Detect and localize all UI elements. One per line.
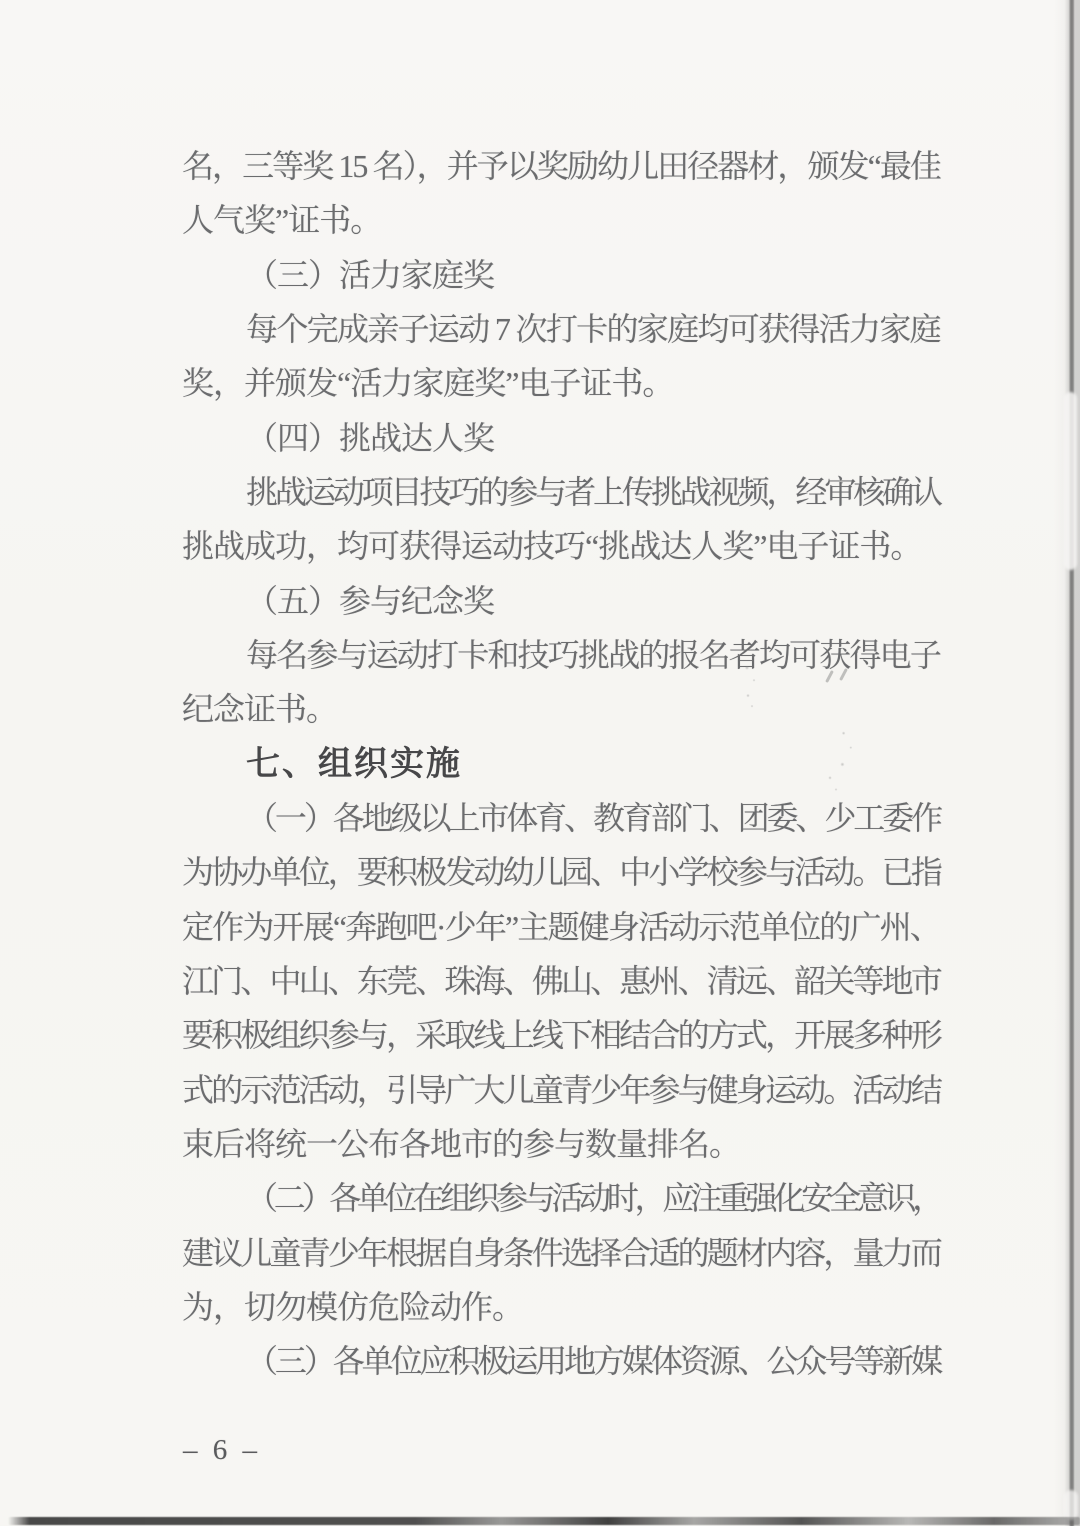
document-line: 要积极组织参与，采取线上线下相结合的方式，开展多种形 (182, 1008, 940, 1062)
line-text: 定作为开展“奔跑吧·少年”主题健身活动示范单位的广州、 (182, 900, 940, 954)
line-text: （五）参与纪念奖 (246, 574, 494, 628)
line-text: 要积极组织参与，采取线上线下相结合的方式，开展多种形 (182, 1008, 940, 1062)
line-text: （四）挑战达人奖 (246, 411, 494, 465)
page-curl-highlight-bottom (1064, 1490, 1078, 1520)
line-text: 每名参与运动打卡和技巧挑战的报名者均可获得电子 (246, 628, 940, 682)
document-line: （三）活力家庭奖 (182, 248, 940, 302)
document-line: 束后将统一公布各地市的参与数量排名。 (182, 1117, 940, 1171)
document-line: 江门、中山、东莞、珠海、佛山、惠州、清远、韶关等地市 (182, 954, 940, 1008)
line-text: 每个完成亲子运动 7 次打卡的家庭均可获得活力家庭 (246, 302, 940, 356)
document-line: （五）参与纪念奖 (182, 574, 940, 628)
line-text: （二）各单位在组织参与活动时，应注重强化安全意识， (246, 1171, 940, 1225)
document-line: 为协办单位，要积极发动幼儿园、中小学校参与活动。已指 (182, 845, 940, 899)
document-line: 式的示范活动，引导广大儿童青少年参与健身运动。活动结 (182, 1063, 940, 1117)
document-line: 挑战运动项目技巧的参与者上传挑战视频，经审核确认 (182, 465, 940, 519)
line-text: 式的示范活动，引导广大儿童青少年参与健身运动。活动结 (182, 1063, 940, 1117)
line-text: （一）各地级以上市体育、教育部门、团委、少工委作 (246, 791, 940, 845)
document-line: 名，三等奖 15 名），并予以奖励幼儿田径器材，颁发“最佳 (182, 139, 940, 193)
line-text: 束后将统一公布各地市的参与数量排名。 (182, 1117, 740, 1171)
scanned-page: { "page": { "number_label": "– 6 –", "ba… (0, 0, 1080, 1526)
line-text: 纪念证书。 (182, 682, 337, 736)
line-text: 人气奖”证书。 (182, 193, 381, 247)
line-text: 挑战成功，均可获得运动技巧“挑战达人奖”电子证书。 (182, 519, 921, 573)
document-line: 建议儿童青少年根据自身条件选择合适的题材内容，量力而 (182, 1226, 940, 1280)
line-text: 江门、中山、东莞、珠海、佛山、惠州、清远、韶关等地市 (182, 954, 940, 1008)
document-line: 纪念证书。 (182, 682, 940, 736)
line-text: 名，三等奖 15 名），并予以奖励幼儿田径器材，颁发“最佳 (182, 139, 940, 193)
line-text: （三）各单位应积极运用地方媒体资源、公众号等新媒 (246, 1334, 940, 1388)
page-edge-shadow (1054, 0, 1080, 1526)
document-line: 挑战成功，均可获得运动技巧“挑战达人奖”电子证书。 (182, 519, 940, 573)
page-bottom-shadow (8, 1517, 1080, 1525)
line-text: 挑战运动项目技巧的参与者上传挑战视频，经审核确认 (246, 465, 940, 519)
line-text: 为协办单位，要积极发动幼儿园、中小学校参与活动。已指 (182, 845, 940, 899)
line-text: 七、组织实施 (246, 737, 462, 791)
document-line: （二）各单位在组织参与活动时，应注重强化安全意识， (182, 1171, 940, 1225)
line-text: （三）活力家庭奖 (246, 248, 494, 302)
document-body: 名，三等奖 15 名），并予以奖励幼儿田径器材，颁发“最佳 人气奖”证书。 （三… (182, 139, 940, 1389)
page-number: – 6 – (183, 1432, 261, 1468)
document-line: （三）各单位应积极运用地方媒体资源、公众号等新媒 (182, 1334, 940, 1388)
document-line: 奖，并颁发“活力家庭奖”电子证书。 (182, 356, 940, 410)
line-text: 建议儿童青少年根据自身条件选择合适的题材内容，量力而 (182, 1226, 940, 1280)
document-line: 定作为开展“奔跑吧·少年”主题健身活动示范单位的广州、 (182, 900, 940, 954)
document-line: 人气奖”证书。 (182, 193, 940, 247)
document-line: （四）挑战达人奖 (182, 411, 940, 465)
document-line: 每个完成亲子运动 7 次打卡的家庭均可获得活力家庭 (182, 302, 940, 356)
line-text: 奖，并颁发“活力家庭奖”电子证书。 (182, 356, 673, 410)
section-heading-line: 七、组织实施 (182, 737, 940, 791)
line-text: 为，切勿模仿危险动作。 (182, 1280, 523, 1334)
document-line: 为，切勿模仿危险动作。 (182, 1280, 940, 1334)
page-curl-highlight (1064, 392, 1077, 570)
document-line: （一）各地级以上市体育、教育部门、团委、少工委作 (182, 791, 940, 845)
document-line: 每名参与运动打卡和技巧挑战的报名者均可获得电子 (182, 628, 940, 682)
